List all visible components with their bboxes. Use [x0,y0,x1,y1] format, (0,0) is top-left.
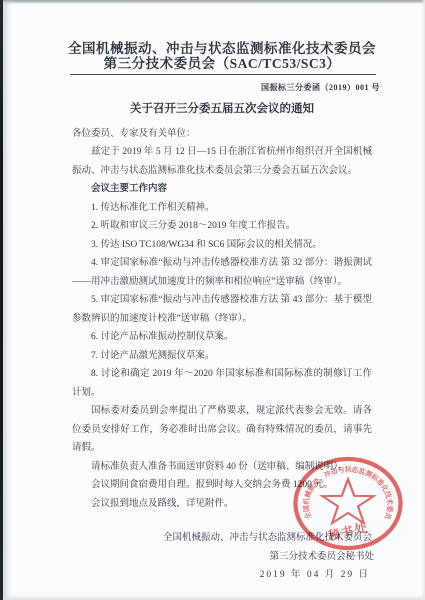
agenda-item-7: 7. 讨论产品激光测振仪草案。 [72,347,372,366]
paragraph-attendance-requirement: 国标委对委员到会率提出了严格要求，规定派代表参会无效。请各位委员安排好工作，务必… [72,402,372,458]
salutation: 各位委员、专家及有关单位： [72,128,372,140]
letterhead-subcommittee-name: 第三分技术委员会（SAC/TC53/SC3） [72,56,372,72]
agenda-item-3: 3. 传达 ISO TC108/WG34 和 SC6 国际会议的相关情况。 [72,236,372,255]
paragraph-intro: 兹定于 2019 年 5 月 12 日—15 日在浙江省杭州市组织召开全国机械振… [72,143,372,180]
official-seal-stamp: 全国机械振动、冲击与状态监测标准化技术委员会 秘书处 [291,455,405,552]
agenda-item-2: 2. 听取和审议三分委 2018～2019 年度工作报告。 [72,217,372,236]
scan-edge-top [0,0,425,4]
scan-edge-bottom [0,595,425,600]
agenda-item-5: 5. 审定国家标准“振动与冲击传感器校准方法 第 43 部分：基于模型参数辨识的… [72,291,372,328]
agenda-item-1: 1. 传达标准化工作相关精神。 [72,199,372,218]
agenda-item-8: 8. 讨论和确定 2019 年～2020 年国家标准和国际标准的制修订工作计划。 [72,365,372,402]
paragraph-agenda-heading: 会议主要工作内容 [72,180,372,199]
scan-edge-left-shadow [3,0,12,600]
seal-star-icon [322,479,373,523]
scan-edge-left-dark [0,0,3,600]
letterhead-divider-rule [70,74,376,75]
document-number: 国振标三分委函（2019）001 号 [72,83,380,92]
scanned-document-page: 全国机械振动、冲击与状态监测标准化技术委员会 第三分技术委员会（SAC/TC53… [0,0,425,600]
signature-date: 2019 年 04 月 29 日 [72,566,370,585]
notice-title: 关于召开三分委五届五次会议的通知 [72,103,372,116]
letterhead-org-name: 全国机械振动、冲击与状态监测标准化技术委员会 [62,41,382,56]
agenda-item-4: 4. 审定国家标准“振动与冲击传感器校准方法 第 32 部分：谐振测试——用冲击… [72,254,372,291]
scan-edge-right [421,0,425,600]
agenda-item-6: 6. 讨论产品标准振动控制仪草案。 [72,328,372,347]
